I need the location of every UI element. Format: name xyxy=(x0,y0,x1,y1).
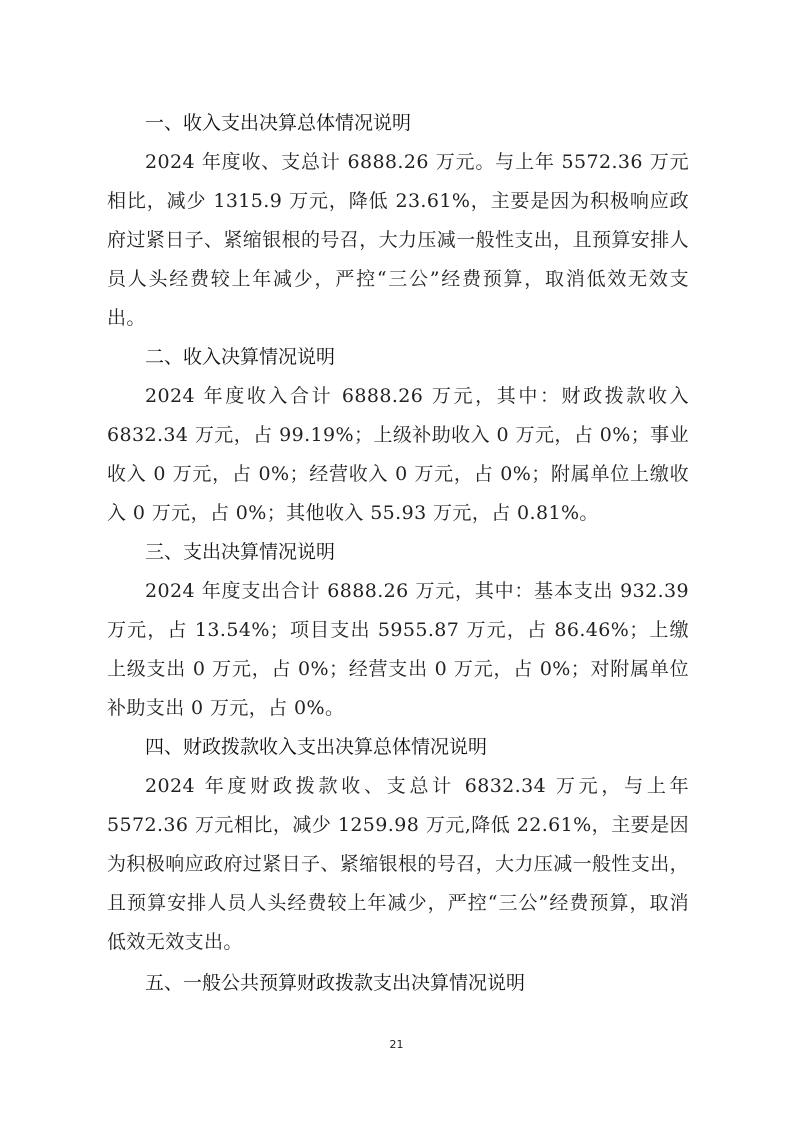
section-1-body: 2024 年度收、支总计 6888.26 万元。与上年 5572.36 万元相比… xyxy=(107,143,689,338)
section-4-heading: 四、财政拨款收入支出决算总体情况说明 xyxy=(107,728,689,767)
section-2-body: 2024 年度收入合计 6888.26 万元，其中：财政拨款收入 6832.34… xyxy=(107,377,689,533)
section-3-body: 2024 年度支出合计 6888.26 万元，其中：基本支出 932.39 万元… xyxy=(107,572,689,728)
section-5-heading: 五、一般公共预算财政拨款支出决算情况说明 xyxy=(107,964,689,1003)
section-1-heading: 一、收入支出决算总体情况说明 xyxy=(107,104,689,143)
section-2-heading: 二、收入决算情况说明 xyxy=(107,338,689,377)
page-number: 21 xyxy=(0,1038,793,1051)
section-4-body: 2024 年度财政拨款收、支总计 6832.34 万元，与上年 5572.36 … xyxy=(107,767,689,962)
section-3-heading: 三、支出决算情况说明 xyxy=(107,533,689,572)
document-page: 一、收入支出决算总体情况说明 2024 年度收、支总计 6888.26 万元。与… xyxy=(107,104,689,1003)
